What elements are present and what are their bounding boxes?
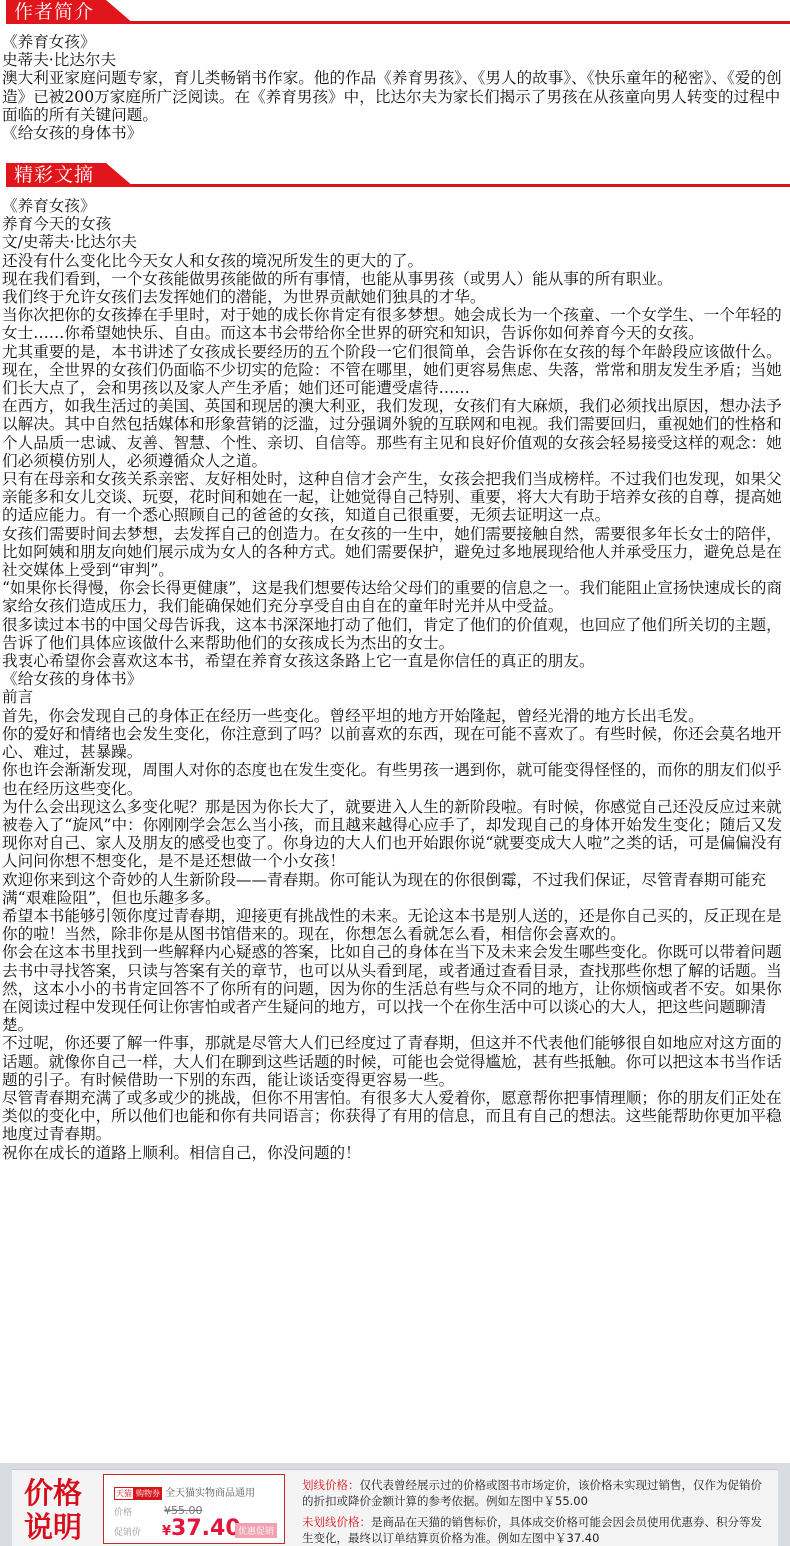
header-tab: 精彩文摘: [6, 163, 134, 187]
paragraph: 欢迎你来到这个奇妙的人生新阶段——青春期。你可能认为现在的你很倒霉，不过我们保证…: [2, 871, 788, 907]
paragraph: 祝你在成长的道路上顺利。相信自己，你没问题的！: [2, 1144, 788, 1162]
paragraph: 你也许会渐渐发现，周围人对你的态度也在发生变化。有些男孩一遇到你，就可能变得怪怪…: [2, 761, 788, 797]
paragraph: 在西方，如我生活过的美国、英国和现居的澳大利亚，我们发现，女孩们有大麻烦，我们必…: [2, 397, 788, 470]
price-label: 价格: [114, 1505, 132, 1518]
paragraph: “如果你长得慢，你会长得更健康”，这是我们想要传达给父母们的重要的信息之一。我们…: [2, 579, 788, 615]
price-example-card: 天猫购物券全天猫实物商品通用 价格 ¥55.00 促销价 ¥37.40 优惠促销: [103, 1474, 285, 1544]
note-strikethrough-price: 划线价格：仅代表曾经展示过的价格或图书市场定价，该价格未实现过销售，仅作为促销价…: [302, 1477, 772, 1509]
paragraph: 为什么会出现这么多变化呢？那是因为你长大了，就要进入人生的新阶段啦。有时候，你感…: [2, 798, 788, 871]
price-notice-inner: 价格 说明 天猫购物券全天猫实物商品通用 价格 ¥55.00 促销价 ¥37.4…: [12, 1469, 778, 1546]
price-notice-panel: 价格 说明 天猫购物券全天猫实物商品通用 价格 ¥55.00 促销价 ¥37.4…: [0, 1463, 790, 1546]
paragraph: 养育今天的女孩: [2, 215, 788, 233]
price-notice-heading: 价格 说明: [24, 1476, 82, 1544]
price-notes: 划线价格：仅代表曾经展示过的价格或图书市场定价，该价格未实现过销售，仅作为促销价…: [302, 1477, 772, 1546]
section-title: 精彩文摘: [6, 163, 134, 187]
paragraph: 《养育女孩》: [2, 197, 788, 215]
paragraph: 女孩们需要时间去梦想，去发挥自己的创造力。在女孩的一生中，她们需要接触自然，需要…: [2, 525, 788, 580]
paragraph: 我衷心希望你会喜欢这本书，希望在养育女孩这条路上它一直是你信任的真正的朋友。: [2, 652, 788, 670]
paragraph: 只有在母亲和女孩关系亲密、友好相处时，这种自信才会产生，女孩会把我们当成榜样。不…: [2, 470, 788, 525]
sale-price: ¥37.40: [162, 1517, 241, 1544]
section-header-excerpt: 精彩文摘: [6, 163, 790, 187]
paragraph: 文/史蒂夫·比达尔夫: [2, 233, 788, 251]
promo-tag: 优惠促销: [235, 1523, 277, 1538]
paragraph: 尤其重要的是，本书讲述了女孩成长要经历的五个阶段一它们很简单，会告诉你在女孩的每…: [2, 343, 788, 398]
paragraph: 首先，你会发现自己的身体正在经历一些变化。曾经平坦的地方开始隆起，曾经光滑的地方…: [2, 707, 788, 725]
book-title: 《养育女孩》: [2, 33, 788, 51]
sale-label: 促销价: [114, 1525, 141, 1538]
book-title: 《给女孩的身体书》: [2, 124, 788, 142]
paragraph: 现在我们看到，一个女孩能做男孩能做的所有事情，也能从事男孩（或男人）能从事的所有…: [2, 270, 788, 288]
tmall-badge: 天猫: [114, 1487, 134, 1500]
section-header-author: 作者简介: [6, 0, 790, 24]
paragraph: 《给女孩的身体书》: [2, 670, 788, 688]
paragraph: 不过呢，你还要了解一件事，那就是尽管大人们已经度过了青春期，但这并不代表他们能够…: [2, 1034, 788, 1089]
excerpt-body: 《养育女孩》 养育今天的女孩 文/史蒂夫·比达尔夫 还没有什么变化比今天女人和女…: [0, 197, 790, 1162]
section-title: 作者简介: [6, 0, 134, 24]
paragraph: 还没有什么变化比今天女人和女孩的境况所发生的更大的了。: [2, 252, 788, 270]
coupon-badge: 购物券: [134, 1487, 162, 1500]
author-intro: 《养育女孩》 史蒂夫·比达尔夫 澳大利亚家庭问题专家，育儿类畅销书作家。他的作品…: [0, 33, 790, 142]
paragraph: 我们终于允许女孩们去发挥她们的潜能，为世界贡献她们独具的才华。: [2, 288, 788, 306]
paragraph: 你会在这本书里找到一些解释内心疑惑的答案，比如自己的身体在当下及未来会发生哪些变…: [2, 943, 788, 1034]
coupon-text: 全天猫实物商品通用: [165, 1488, 255, 1499]
note-actual-price: 未划线价格：是商品在天猫的销售标价，具体成交价格可能会因会员使用优惠券、积分等发…: [302, 1514, 772, 1546]
paragraph: 很多读过本书的中国父母告诉我，这本书深深地打动了他们，肯定了他们的价值观，也回应…: [2, 616, 788, 652]
coupon-row: 天猫购物券全天猫实物商品通用: [114, 1484, 255, 1500]
author-name: 史蒂夫·比达尔夫: [2, 51, 788, 69]
paragraph: 尽管青春期充满了或多或少的挑战，但你不用害怕。有很多大人爱着你，愿意帮你把事情理…: [2, 1089, 788, 1144]
paragraph: 你的爱好和情绪也会发生变化，你注意到了吗？以前喜欢的东西，现在可能不喜欢了。有些…: [2, 725, 788, 761]
paragraph: 当你次把你的女孩捧在手里时，对于她的成长你肯定有很多梦想。她会成长为一个孩童、一…: [2, 306, 788, 342]
author-bio: 澳大利亚家庭问题专家，育儿类畅销书作家。他的作品《养育男孩》、《男人的故事》、《…: [2, 69, 788, 124]
header-tab: 作者简介: [6, 0, 134, 24]
paragraph: 前言: [2, 688, 788, 706]
paragraph: 希望本书能够引领你度过青春期，迎接更有挑战性的未来。无论这本书是别人送的，还是你…: [2, 907, 788, 943]
